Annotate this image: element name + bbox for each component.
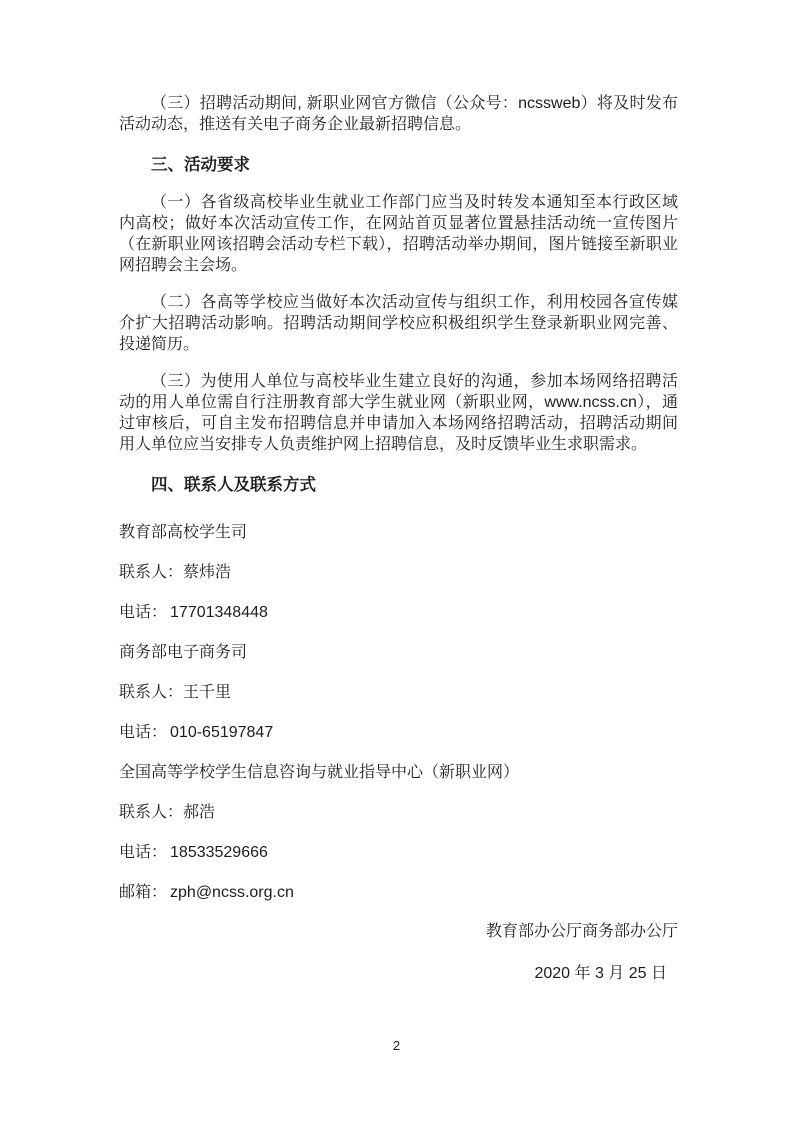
contact-line-phone: 电话：18533529666 — [119, 842, 678, 863]
requirement-paragraph-3: （三）为使用人单位与高校毕业生建立良好的沟通，参加本场网络招聘活动的用人单位需自… — [119, 371, 678, 455]
page-number: 2 — [0, 1038, 793, 1054]
contact-label: 联系人： — [119, 564, 183, 581]
contact-line-person: 联系人：王千里 — [119, 682, 678, 703]
contact-value: zph@ncss.org.cn — [170, 884, 294, 901]
contact-line-phone: 电话：010-65197847 — [119, 722, 678, 743]
contact-line-org-ncss: 全国高等学校学生信息咨询与就业指导中心（新职业网） — [119, 762, 678, 783]
contact-line-email: 邮箱：zph@ncss.org.cn — [119, 882, 678, 903]
contact-line-org-moe: 教育部高校学生司 — [119, 522, 678, 543]
contact-label: 全国高等学校学生信息咨询与就业指导中心（新职业网） — [119, 764, 519, 781]
contact-value: 18533529666 — [170, 844, 268, 861]
contact-label: 教育部高校学生司 — [119, 524, 247, 541]
contact-label: 联系人： — [119, 684, 183, 701]
section-heading-contacts: 四、联系人及联系方式 — [151, 475, 678, 496]
requirement-paragraph-1: （一）各省级高校毕业生就业工作部门应当及时转发本通知至本行政区域内高校；做好本次… — [119, 192, 678, 276]
contact-label: 电话： — [119, 844, 167, 861]
contact-label: 邮箱： — [119, 884, 167, 901]
intro-paragraph: （三）招聘活动期间, 新职业网官方微信（公众号：ncssweb）将及时发布活动动… — [119, 93, 678, 135]
section-heading-activity-requirements: 三、活动要求 — [151, 155, 678, 176]
document-page: （三）招聘活动期间, 新职业网官方微信（公众号：ncssweb）将及时发布活动动… — [0, 0, 793, 1122]
contact-line-person: 联系人：蔡炜浩 — [119, 562, 678, 583]
requirement-paragraph-2: （二）各高等学校应当做好本次活动宣传与组织工作，利用校园各宣传媒介扩大招聘活动影… — [119, 292, 678, 355]
date-line: 2020 年 3 月 25 日 — [119, 963, 678, 984]
contact-label: 电话： — [119, 724, 167, 741]
contact-line-person: 联系人：郝浩 — [119, 802, 678, 823]
signature-line: 教育部办公厅商务部办公厅 — [119, 921, 678, 942]
contact-value: 蔡炜浩 — [183, 564, 231, 581]
contact-value: 010-65197847 — [170, 724, 273, 741]
contact-line-phone: 电话：17701348448 — [119, 602, 678, 623]
contact-value: 王千里 — [183, 684, 231, 701]
contact-line-org-mofcom: 商务部电子商务司 — [119, 642, 678, 663]
contact-value: 17701348448 — [170, 604, 268, 621]
contact-value: 郝浩 — [183, 804, 215, 821]
contact-label: 商务部电子商务司 — [119, 644, 247, 661]
contact-label: 电话： — [119, 604, 167, 621]
contact-label: 联系人： — [119, 804, 183, 821]
